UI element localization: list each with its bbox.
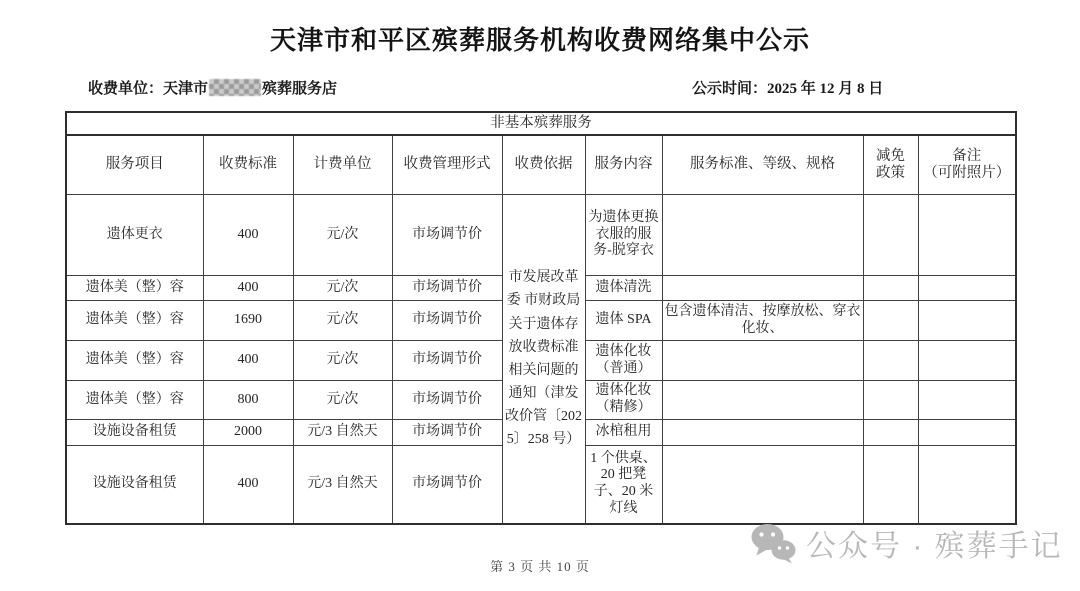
note-cell	[918, 341, 1016, 381]
watermark: 公众号 · 殡葬手记	[750, 521, 1063, 565]
column-header-row: 服务项目 收费标准 计费单位 收费管理形式 收费依据 服务内容 服务标准、等级、…	[66, 135, 1016, 195]
section-header-row: 非基本殡葬服务	[66, 112, 1016, 135]
col-header-basis: 收费依据	[502, 135, 585, 195]
price-cell: 400	[203, 446, 293, 524]
management-form-cell: 市场调节价	[392, 276, 502, 301]
col-header-note: 备注 （可附照片）	[918, 135, 1016, 195]
unit-cell: 元/次	[293, 341, 392, 381]
note-cell	[918, 420, 1016, 446]
service-item-cell: 设施设备租赁	[66, 446, 203, 524]
service-item-cell: 设施设备租赁	[66, 420, 203, 446]
col-header-price: 收费标准	[203, 135, 293, 195]
standard-grade-spec-cell	[662, 420, 863, 446]
wechat-icon	[750, 522, 797, 564]
service-item-cell: 遗体美（整）容	[66, 301, 203, 341]
standard-grade-spec-cell: 包含遗体清洁、按摩放松、穿衣化妆、	[662, 301, 863, 341]
publish-time-value: 2025 年 12 月 8 日	[767, 81, 883, 97]
service-content-cell: 为遗体更换衣服的服务-脱穿衣	[585, 195, 662, 276]
publish-time-line: 公示时间：2025 年 12 月 8 日	[692, 77, 883, 98]
price-cell: 2000	[203, 420, 293, 446]
table-row: 遗体更衣400元/次市场调节价市发展改革委 市财政局关于遗体存放收费标准相关问题…	[66, 195, 1016, 276]
fee-unit-line: 收费单位：天津市殡葬服务店	[88, 77, 337, 98]
unit-cell: 元/次	[293, 276, 392, 301]
waiver-policy-cell	[863, 341, 918, 381]
col-header-unit: 计费单位	[293, 135, 392, 195]
service-item-cell: 遗体美（整）容	[66, 276, 203, 301]
management-form-cell: 市场调节价	[392, 420, 502, 446]
standard-grade-spec-cell	[662, 381, 863, 420]
waiver-policy-cell	[863, 195, 918, 276]
price-cell: 800	[203, 381, 293, 420]
fee-unit-label: 收费单位：	[88, 81, 163, 97]
note-cell	[918, 446, 1016, 524]
redacted-name-block	[209, 79, 261, 96]
management-form-cell: 市场调节价	[392, 341, 502, 381]
waiver-policy-cell	[863, 420, 918, 446]
standard-grade-spec-cell	[662, 195, 863, 276]
note-cell	[918, 276, 1016, 301]
note-cell	[918, 195, 1016, 276]
service-item-cell: 遗体美（整）容	[66, 341, 203, 381]
service-content-cell: 遗体 SPA	[585, 301, 662, 341]
note-cell	[918, 381, 1016, 420]
price-cell: 400	[203, 276, 293, 301]
col-header-service-item: 服务项目	[66, 135, 203, 195]
fee-unit-suffix: 殡葬服务店	[262, 81, 337, 97]
management-form-cell: 市场调节价	[392, 446, 502, 524]
fee-unit-prefix: 天津市	[163, 81, 208, 97]
price-cell: 400	[203, 195, 293, 276]
service-content-cell: 冰棺租用	[585, 420, 662, 446]
management-form-cell: 市场调节价	[392, 195, 502, 276]
note-cell	[918, 301, 1016, 341]
waiver-policy-cell	[863, 381, 918, 420]
col-header-content: 服务内容	[585, 135, 662, 195]
management-form-cell: 市场调节价	[392, 381, 502, 420]
publish-time-label: 公示时间：	[692, 81, 767, 97]
table-body: 遗体更衣400元/次市场调节价市发展改革委 市财政局关于遗体存放收费标准相关问题…	[66, 195, 1016, 524]
standard-grade-spec-cell	[662, 276, 863, 301]
service-content-cell: 遗体清洗	[585, 276, 662, 301]
col-header-waiver: 减免 政策	[863, 135, 918, 195]
col-header-standard: 服务标准、等级、规格	[662, 135, 863, 195]
service-item-cell: 遗体美（整）容	[66, 381, 203, 420]
col-header-management: 收费管理形式	[392, 135, 502, 195]
waiver-policy-cell	[863, 276, 918, 301]
price-cell: 400	[203, 341, 293, 381]
management-form-cell: 市场调节价	[392, 301, 502, 341]
watermark-text: 公众号 · 殡葬手记	[806, 521, 1063, 565]
waiver-policy-cell	[863, 301, 918, 341]
unit-cell: 元/3 自然天	[293, 420, 392, 446]
service-item-cell: 遗体更衣	[66, 195, 203, 276]
unit-cell: 元/次	[293, 195, 392, 276]
fee-basis-cell: 市发展改革委 市财政局关于遗体存放收费标准相关问题的通知（津发改价管〔2025〕…	[502, 195, 585, 524]
service-content-cell: 遗体化妆（普通）	[585, 341, 662, 381]
standard-grade-spec-cell	[662, 446, 863, 524]
unit-cell: 元/次	[293, 381, 392, 420]
unit-cell: 元/次	[293, 301, 392, 341]
standard-grade-spec-cell	[662, 341, 863, 381]
unit-cell: 元/3 自然天	[293, 446, 392, 524]
service-content-cell: 遗体化妆（精修）	[585, 381, 662, 420]
price-cell: 1690	[203, 301, 293, 341]
page-title: 天津市和平区殡葬服务机构收费网络集中公示	[0, 20, 1080, 57]
service-content-cell: 1 个供桌、20 把凳子、20 米灯线	[585, 446, 662, 524]
section-title: 非基本殡葬服务	[66, 112, 1016, 135]
fee-table: 非基本殡葬服务 服务项目 收费标准 计费单位 收费管理形式 收费依据 服务内容 …	[65, 111, 1017, 525]
waiver-policy-cell	[863, 446, 918, 524]
